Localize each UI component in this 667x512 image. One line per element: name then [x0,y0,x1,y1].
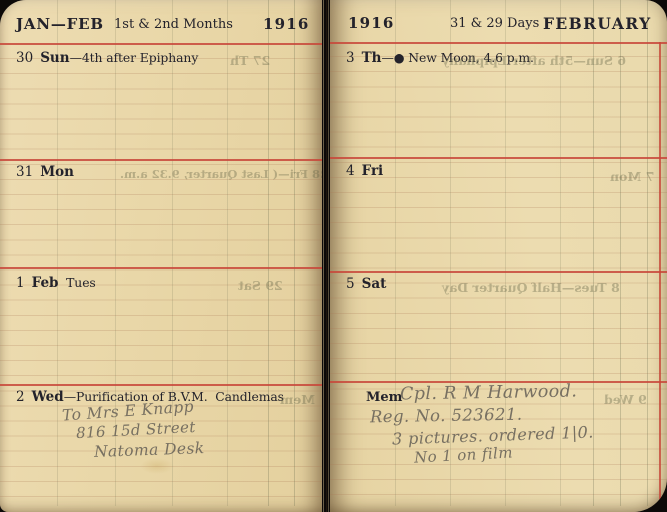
day-name: Th [362,50,382,66]
handwriting-line: Natoma Desk [94,439,205,461]
red-rule [0,384,322,386]
bleed-through-text: 27 Th [230,53,270,68]
diary-row: 31Mon [16,164,74,180]
day-number: 30 [16,50,33,66]
day-number: 5 [346,276,355,292]
handwriting-line: Cpl. R M Harwood. [400,381,578,404]
bleed-through-text: 8 Tues—Half Quarter Day [442,280,620,295]
right-page: 1916 31 & 29 Days FEBRUARY 3Th—● New Moo… [330,0,667,512]
red-rule [330,157,667,159]
column-rule [227,0,228,506]
bleed-through-text: 28 Fri—( Last Quarter, 9.32 a.m. [120,167,322,181]
bleed-through-text: 7 Mon [610,169,654,184]
day-name: Mon [40,164,74,180]
day-number: 3 [346,50,355,66]
spine-page-edge [323,0,324,512]
bleed-through-text: Mem [280,392,315,407]
year-label: 1916 [263,15,310,33]
red-rule [0,267,322,269]
mem-label: Mem [366,390,402,405]
column-rule [57,0,58,506]
red-rule [330,42,667,44]
bleed-through-text: 9 Wed [604,392,647,407]
day-note: —4th after Epiphany [70,50,199,65]
handwriting-line: Reg. No. 523621. [370,405,523,427]
spine-page-edge [326,0,327,512]
red-rule [0,159,322,161]
diary-row: 30Sun—4th after Epiphany [16,50,198,66]
day-name: Sun [40,50,69,66]
day-name: Feb [32,275,59,291]
day-name: Fri [362,163,384,179]
diary-row: 4Fri [346,163,383,179]
day-number: 31 [16,164,33,180]
day-number: 2 [16,389,25,405]
cash-column-rule [620,0,621,506]
bleed-through-text: 6 Sun—5th after Epiphany [442,53,626,68]
year-label: 1916 [348,14,395,32]
diary-spread: JAN—FEB 1st & 2nd Months 1916 30Sun—4th … [0,0,667,512]
red-rule [0,43,322,45]
day-number: 1 [16,275,25,291]
cash-column-rule [647,0,648,506]
bleed-through-text: 29 Sat [238,278,283,293]
days-count-label: 31 & 29 Days [450,16,539,31]
day-note: Tues [58,275,95,290]
cash-column-rule [268,0,269,506]
diary-row: 1Feb Tues [16,275,96,291]
day-number: 4 [346,163,355,179]
handwriting-line: No 1 on film [414,443,514,466]
diary-row: 5Sat [346,276,386,292]
day-name: Wed [32,389,64,405]
day-name: Sat [362,276,387,292]
red-margin-rule [659,42,661,506]
cash-column-rule [294,0,295,506]
month-range-label: JAN—FEB [16,15,104,33]
months-count-label: 1st & 2nd Months [114,17,233,32]
left-page: JAN—FEB 1st & 2nd Months 1916 30Sun—4th … [0,0,322,512]
red-rule [330,271,667,273]
spine-page-edge [328,0,329,512]
month-name-label: FEBRUARY [543,14,652,33]
stain [140,458,174,474]
